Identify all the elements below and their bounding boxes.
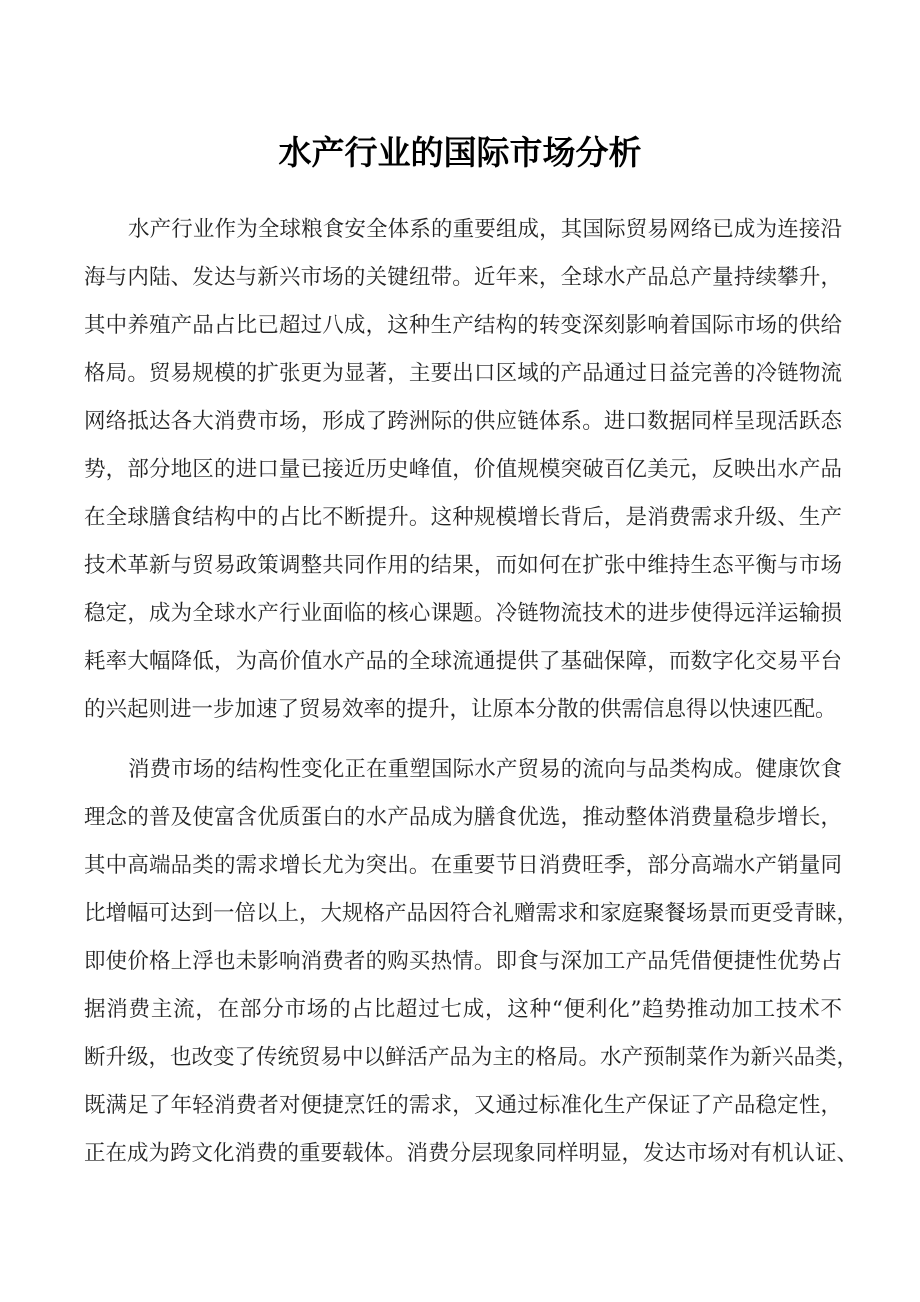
text-line: 比增幅可达到一倍以上，大规格产品因符合礼赠需求和家庭聚餐场景而更受青睐， — [84, 890, 842, 938]
text-line: 网络抵达各大消费市场，形成了跨洲际的供应链体系。进口数据同样呈现活跃态 — [84, 398, 842, 446]
text-line: 断升级，也改变了传统贸易中以鲜活产品为主的格局。水产预制菜作为新兴品类， — [84, 1034, 842, 1082]
document-body: 水产行业作为全球粮食安全体系的重要组成，其国际贸易网络已成为连接沿 海与内陆、发… — [84, 206, 842, 1190]
text-line: 即使价格上浮也未影响消费者的购买热情。即食与深加工产品凭借便捷性优势占 — [84, 938, 842, 986]
text-line: 耗率大幅降低，为高价值水产品的全球流通提供了基础保障，而数字化交易平台 — [84, 638, 842, 686]
text-line: 既满足了年轻消费者对便捷烹饪的需求，又通过标准化生产保证了产品稳定性， — [84, 1082, 842, 1130]
paragraph-2: 消费市场的结构性变化正在重塑国际水产贸易的流向与品类构成。健康饮食 理念的普及使… — [84, 746, 842, 1178]
text-line: 据消费主流，在部分市场的占比超过七成，这种“便利化”趋势推动加工技术不 — [84, 986, 842, 1034]
text-line: 稳定，成为全球水产行业面临的核心课题。冷链物流技术的进步使得远洋运输损 — [84, 590, 842, 638]
text-line: 水产行业作为全球粮食安全体系的重要组成，其国际贸易网络已成为连接沿 — [84, 206, 842, 254]
text-line: 其中养殖产品占比已超过八成，这种生产结构的转变深刻影响着国际市场的供给 — [84, 302, 842, 350]
text-line: 技术革新与贸易政策调整共同作用的结果，而如何在扩张中维持生态平衡与市场 — [84, 542, 842, 590]
paragraph-1: 水产行业作为全球粮食安全体系的重要组成，其国际贸易网络已成为连接沿 海与内陆、发… — [84, 206, 842, 734]
text-line: 格局。贸易规模的扩张更为显著，主要出口区域的产品通过日益完善的冷链物流 — [84, 350, 842, 398]
text-line: 海与内陆、发达与新兴市场的关键纽带。近年来，全球水产品总产量持续攀升， — [84, 254, 842, 302]
document-title: 水产行业的国际市场分析 — [0, 128, 920, 178]
text-line: 正在成为跨文化消费的重要载体。消费分层现象同样明显，发达市场对有机认证、 — [84, 1130, 842, 1178]
text-line: 在全球膳食结构中的占比不断提升。这种规模增长背后，是消费需求升级、生产 — [84, 494, 842, 542]
text-line: 消费市场的结构性变化正在重塑国际水产贸易的流向与品类构成。健康饮食 — [84, 746, 842, 794]
text-line: 其中高端品类的需求增长尤为突出。在重要节日消费旺季，部分高端水产销量同 — [84, 842, 842, 890]
document-page: 水产行业的国际市场分析 水产行业作为全球粮食安全体系的重要组成，其国际贸易网络已… — [0, 0, 920, 1302]
text-line: 理念的普及使富含优质蛋白的水产品成为膳食优选，推动整体消费量稳步增长， — [84, 794, 842, 842]
text-line: 的兴起则进一步加速了贸易效率的提升，让原本分散的供需信息得以快速匹配。 — [84, 686, 842, 734]
text-line: 势，部分地区的进口量已接近历史峰值，价值规模突破百亿美元，反映出水产品 — [84, 446, 842, 494]
